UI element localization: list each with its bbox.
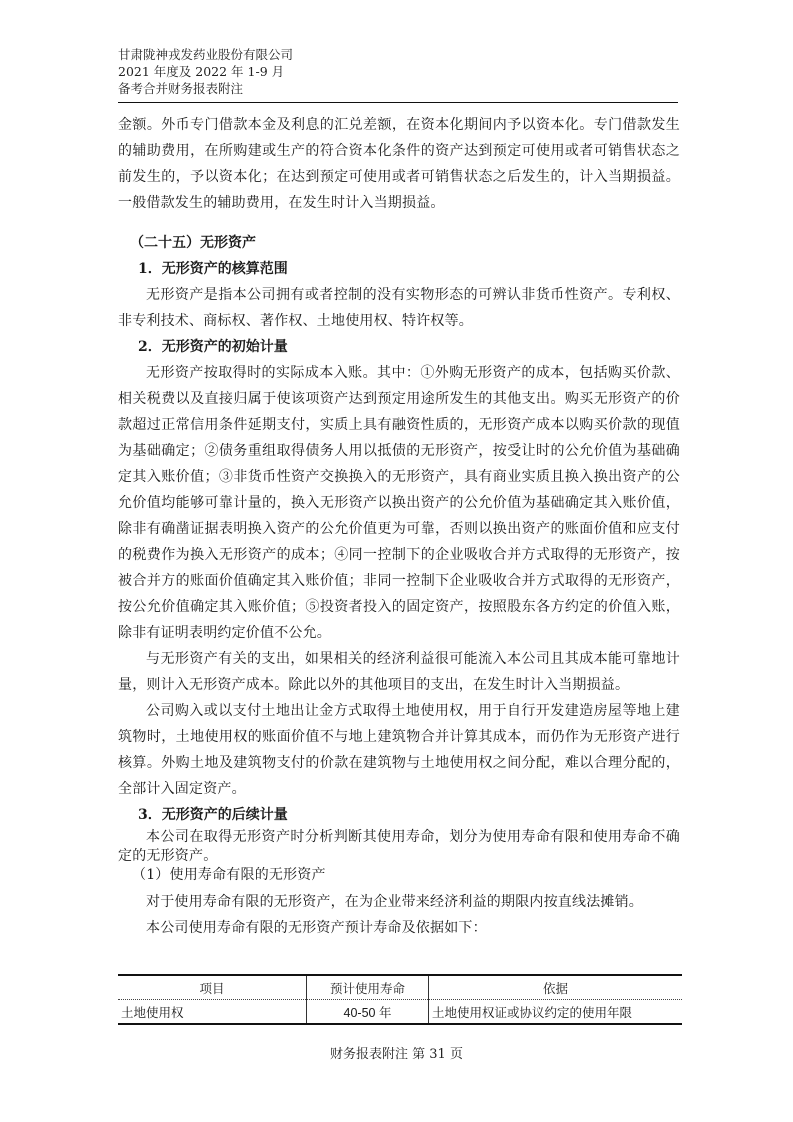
table-header-row: 项目 预计使用寿命 依据 bbox=[118, 975, 682, 1000]
report-period: 2021 年度及 2022 年 1-9 月 bbox=[118, 63, 678, 80]
paragraph-initial-measurement: 无形资产按取得时的实际成本入账。其中：①外购无形资产的成本，包括购买价款、相关税… bbox=[118, 360, 680, 646]
column-header-basis: 依据 bbox=[429, 975, 683, 1000]
table-row: 土地使用权 40-50 年 土地使用权证或协议约定的使用年限 bbox=[118, 1000, 682, 1025]
cell-item: 土地使用权 bbox=[118, 1000, 307, 1025]
paragraph-useful-life: 本公司在取得无形资产时分析判断其使用寿命，划分为使用寿命有限和使用寿命不确定的无… bbox=[118, 828, 680, 866]
cell-basis: 土地使用权证或协议约定的使用年限 bbox=[429, 1000, 683, 1025]
section-heading: （二十五）无形资产 bbox=[118, 230, 680, 256]
subsection-heading-3: 3．无形资产的后续计量 bbox=[118, 802, 680, 828]
paragraph-borrowing-costs: 金额。外币专门借款本金及利息的汇兑差额，在资本化期间内予以资本化。专门借款发生的… bbox=[118, 112, 680, 216]
subsection-heading-2: 2．无形资产的初始计量 bbox=[118, 334, 680, 360]
company-name: 甘肃陇神戎发药业股份有限公司 bbox=[118, 46, 678, 63]
cell-useful-life: 40-50 年 bbox=[307, 1000, 429, 1025]
document-title: 备考合并财务报表附注 bbox=[118, 80, 678, 97]
paragraph-related-expenditure: 与无形资产有关的支出，如果相关的经济利益很可能流入本公司且其成本能可靠地计量，则… bbox=[118, 646, 680, 698]
subsection-heading-1: 1．无形资产的核算范围 bbox=[118, 256, 680, 282]
document-body: 金额。外币专门借款本金及利息的汇兑差额，在资本化期间内予以资本化。专门借款发生的… bbox=[118, 112, 680, 941]
item-finite-life: （1）使用寿命有限的无形资产 bbox=[118, 866, 680, 885]
paragraph-amortization: 对于使用寿命有限的无形资产，在为企业带来经济利益的期限内按直线法摊销。 bbox=[118, 889, 680, 915]
column-header-useful-life: 预计使用寿命 bbox=[307, 975, 429, 1000]
page-footer: 财务报表附注 第 31 页 bbox=[0, 1043, 793, 1062]
paragraph-land-use-rights: 公司购入或以支付土地出让金方式取得土地使用权，用于自行开发建造房屋等地上建筑物时… bbox=[118, 698, 680, 802]
paragraph-scope: 无形资产是指本公司拥有或者控制的没有实物形态的可辨认非货币性资产。专利权、非专利… bbox=[118, 282, 680, 334]
paragraph-table-intro: 本公司使用寿命有限的无形资产预计寿命及依据如下： bbox=[118, 915, 680, 941]
page-header: 甘肃陇神戎发药业股份有限公司 2021 年度及 2022 年 1-9 月 备考合… bbox=[118, 46, 678, 97]
header-divider bbox=[118, 102, 678, 103]
column-header-item: 项目 bbox=[118, 975, 307, 1000]
useful-life-table: 项目 预计使用寿命 依据 土地使用权 40-50 年 土地使用权证或协议约定的使… bbox=[118, 974, 682, 1025]
